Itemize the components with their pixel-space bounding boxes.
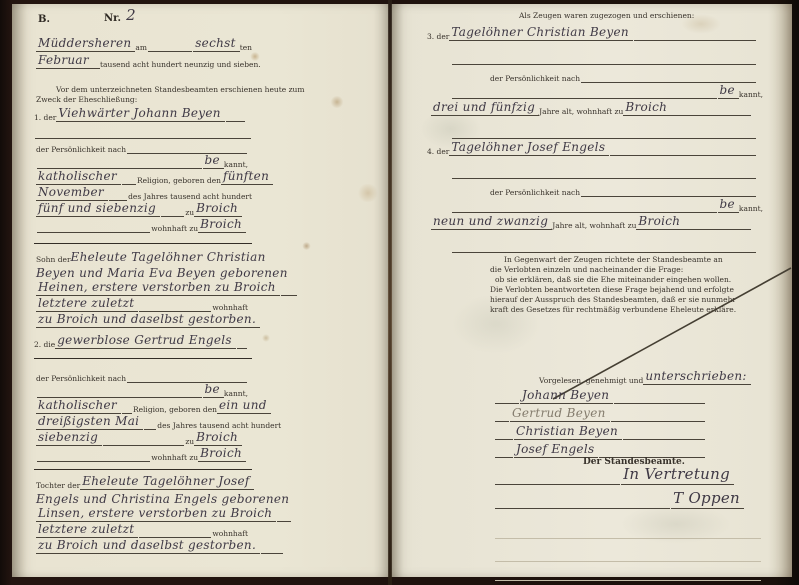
blank-rule	[451, 124, 757, 139]
place-name: Müddersheren	[36, 37, 135, 52]
known-printed: kannt,	[739, 205, 763, 213]
bride-parents-line-4: letztere zuletzt wohnhaft	[36, 523, 248, 538]
religion-printed: Religion, geboren den	[137, 177, 221, 185]
groom-entry-line: 1. der Viehwärter Johann Beyen	[34, 107, 246, 122]
right-page: Als Zeugen waren zugezogen und erschiene…	[391, 4, 792, 577]
ten-suffix: ten	[240, 44, 252, 52]
signature: Gertrud Beyen	[510, 407, 610, 422]
faint-rule	[494, 547, 762, 562]
section-divider	[34, 469, 252, 470]
groom-parents-line-1: Sohn der Eheleute Tagelöhner Christian	[36, 249, 248, 264]
bride-birth-date: dreißigsten Mai	[36, 415, 143, 430]
signature-row: Johann Beyen	[494, 389, 706, 404]
left-page: B. Nr. 2 Müddersheren am sechst ten Febr…	[12, 4, 389, 577]
bride-residence: Broich	[198, 447, 246, 462]
groom-parents-line-2: Beyen und Maria Eva Beyen geborenen	[36, 265, 248, 280]
deputy-line: In Vertretung	[494, 470, 734, 485]
year-printed-label: des Jahres tausend acht hundert	[157, 422, 281, 430]
known-handwritten: be	[718, 84, 739, 99]
witness3-identity-line: der Persönlichkeit nach	[490, 68, 757, 83]
groom-residence-line: wohnhaft zu Broich	[36, 218, 246, 233]
witness4-index: 4. der	[427, 148, 449, 156]
bride-known-line: be kannt,	[36, 383, 248, 398]
faint-rule	[494, 524, 762, 539]
witness3-name: Tagelöhner Christian Beyen	[449, 26, 633, 41]
lineage-printed-prefix: Tochter der	[36, 482, 80, 490]
bride-index: 2. die	[34, 341, 55, 349]
blank-rule	[451, 50, 757, 65]
bride-birth-month-line: dreißigsten Mai des Jahres tausend acht …	[36, 415, 252, 430]
groom-residence: Broich	[198, 218, 246, 233]
groom-birth-day: fünften	[221, 170, 273, 185]
lineage-printed-prefix: Sohn der	[36, 256, 71, 264]
known-handwritten: be	[203, 383, 224, 398]
witness3-entry-line: 3. der Tagelöhner Christian Beyen	[427, 26, 757, 41]
groom-birth-place: Broich	[194, 202, 242, 217]
bride-parents-line-3: Linsen, erstere verstorben zu Broich	[36, 507, 248, 522]
record-number-label: Nr.	[104, 13, 121, 24]
known-printed: kannt,	[739, 91, 763, 99]
blank-line	[226, 119, 245, 122]
witness4-name: Tagelöhner Josef Engels	[449, 141, 609, 156]
witness3-age-line: drei und fünfzig Jahre alt, wohnhaft zu …	[431, 101, 751, 116]
signature: Christian Beyen	[514, 425, 622, 440]
bride-residence-line: wohnhaft zu Broich	[36, 447, 246, 462]
persoenlichkeit-label: der Persönlichkeit nach	[36, 146, 126, 154]
signature-row: Josef Engels	[494, 443, 706, 458]
registrar-signature-line: T Oppen	[494, 489, 744, 509]
groom-birth-month: November	[36, 186, 108, 201]
blank-rule	[34, 124, 252, 139]
wohnhaft-printed: wohnhaft	[212, 530, 248, 538]
signature-row: Gertrud Beyen	[494, 407, 706, 422]
section-letter: B.	[38, 14, 50, 25]
blank-rule	[451, 164, 757, 179]
bride-parents-line-2: Engels und Christina Engels geborenen	[36, 491, 248, 506]
bride-birth-place: Broich	[194, 431, 242, 446]
bride-parents-text: Eheleute Tagelöhner Josef	[80, 475, 253, 490]
groom-parents-line-3: Heinen, erstere verstorben zu Broich	[36, 281, 248, 296]
month-year-line: Februar tausend acht hundert neunzig und…	[36, 54, 252, 69]
bride-birth-day: ein und	[217, 399, 271, 414]
closing-line: Vorgelesen, genehmigt und unterschrieben…	[539, 370, 749, 385]
bride-religion-line: katholischer Religion, geboren den ein u…	[36, 399, 248, 414]
date-day: sechst	[193, 37, 240, 52]
witness3-index: 3. der	[427, 33, 449, 41]
date-month: Februar	[36, 54, 100, 69]
registry-book-scan: { "palette": { "page": "#eae6d4", "cover…	[0, 0, 799, 585]
intro-line-2: Zweck der Eheschließung:	[36, 96, 137, 104]
witness3-known-line: be kannt,	[451, 84, 763, 99]
witness3-residence: Broich	[623, 101, 751, 116]
groom-parents-text: Eheleute Tagelöhner Christian	[71, 251, 266, 264]
known-printed: kannt,	[224, 390, 248, 398]
persoenlichkeit-label: der Persönlichkeit nach	[490, 75, 580, 83]
known-handwritten: be	[203, 154, 224, 169]
faint-rule	[494, 566, 762, 581]
blank-line	[148, 49, 192, 52]
groom-known-line: be kannt,	[36, 154, 248, 169]
bride-entry-line: 2. die gewerblose Gertrud Engels	[34, 334, 248, 349]
record-number: Nr. 2	[104, 6, 136, 24]
closing-handwritten: unterschrieben:	[643, 370, 750, 385]
wohnhaft-label: wohnhaft zu	[151, 225, 198, 233]
persoenlichkeit-label: der Persönlichkeit nach	[490, 189, 580, 197]
age-printed: Jahre alt, wohnhaft zu	[552, 222, 636, 230]
known-printed: kannt,	[224, 161, 248, 169]
year-printed-label: des Jahres tausend acht hundert	[128, 193, 252, 201]
witness4-residence: Broich	[636, 215, 751, 230]
section-divider	[34, 358, 252, 359]
witness4-identity-line: der Persönlichkeit nach	[490, 182, 757, 197]
stain	[357, 184, 379, 202]
registrar-signature: T Oppen	[671, 491, 744, 509]
signature: Josef Engels	[514, 443, 598, 458]
deputy-note: In Vertretung	[621, 467, 734, 485]
blank-rule	[451, 238, 757, 253]
groom-birth-year-line: fünf und siebenzig zu Broich	[36, 202, 242, 217]
section-divider	[34, 243, 252, 244]
groom-religion-line: katholischer Religion, geboren den fünft…	[36, 170, 248, 185]
witness4-age: neun und zwanzig	[431, 215, 552, 230]
am-label: am	[135, 44, 147, 52]
groom-identity-line: der Persönlichkeit nach	[36, 139, 248, 154]
persoenlichkeit-label: der Persönlichkeit nach	[36, 375, 126, 383]
place-date-line: Müddersheren am sechst ten	[36, 37, 252, 52]
wohnhaft-printed: wohnhaft	[212, 304, 248, 312]
witness3-age: drei und fünfzig	[431, 101, 539, 116]
stain	[262, 334, 270, 342]
groom-birth-year: fünf und siebenzig	[36, 202, 160, 217]
groom-parents-line-5: zu Broich und daselbst gestorben.	[36, 313, 248, 328]
witness4-entry-line: 4. der Tagelöhner Josef Engels	[427, 141, 757, 156]
signature-row: Christian Beyen	[494, 425, 706, 440]
groom-name: Viehwärter Johann Beyen	[56, 107, 224, 122]
bride-parents-line-5: zu Broich und daselbst gestorben.	[36, 539, 248, 554]
stain	[302, 242, 311, 250]
closing-printed: Vorgelesen, genehmigt und	[539, 377, 643, 385]
signature: Johann Beyen	[520, 389, 613, 404]
bride-birth-year: siebenzig	[36, 431, 102, 446]
record-number-value: 2	[126, 8, 136, 24]
zu-label: zu	[185, 209, 194, 217]
groom-parents-line-4: letztere zuletzt wohnhaft	[36, 297, 248, 312]
groom-birth-month-line: November des Jahres tausend acht hundert	[36, 186, 252, 201]
known-handwritten: be	[718, 198, 739, 213]
bride-name: gewerblose Gertrud Engels	[55, 334, 236, 349]
printed-year: tausend acht hundert neunzig und sieben.	[100, 61, 261, 69]
wohnhaft-label: wohnhaft zu	[151, 454, 198, 462]
bride-identity-line: der Persönlichkeit nach	[36, 368, 248, 383]
witness4-known-line: be kannt,	[451, 198, 763, 213]
witness4-age-line: neun und zwanzig Jahre alt, wohnhaft zu …	[431, 215, 751, 230]
bride-parents-line-1: Tochter der Eheleute Tagelöhner Josef	[36, 475, 248, 490]
religion-printed: Religion, geboren den	[133, 406, 217, 414]
stain	[330, 96, 344, 108]
intro-line-1: Vor dem unterzeichneten Standesbeamten e…	[56, 86, 305, 94]
zu-label: zu	[185, 438, 194, 446]
age-printed: Jahre alt, wohnhaft zu	[539, 108, 623, 116]
bride-birth-year-line: siebenzig zu Broich	[36, 431, 242, 446]
book-gutter	[388, 0, 392, 585]
bride-religion: katholischer	[36, 399, 121, 414]
witnesses-header: Als Zeugen waren zugezogen und erschiene…	[519, 12, 694, 20]
groom-index: 1. der	[34, 114, 56, 122]
groom-religion: katholischer	[36, 170, 121, 185]
